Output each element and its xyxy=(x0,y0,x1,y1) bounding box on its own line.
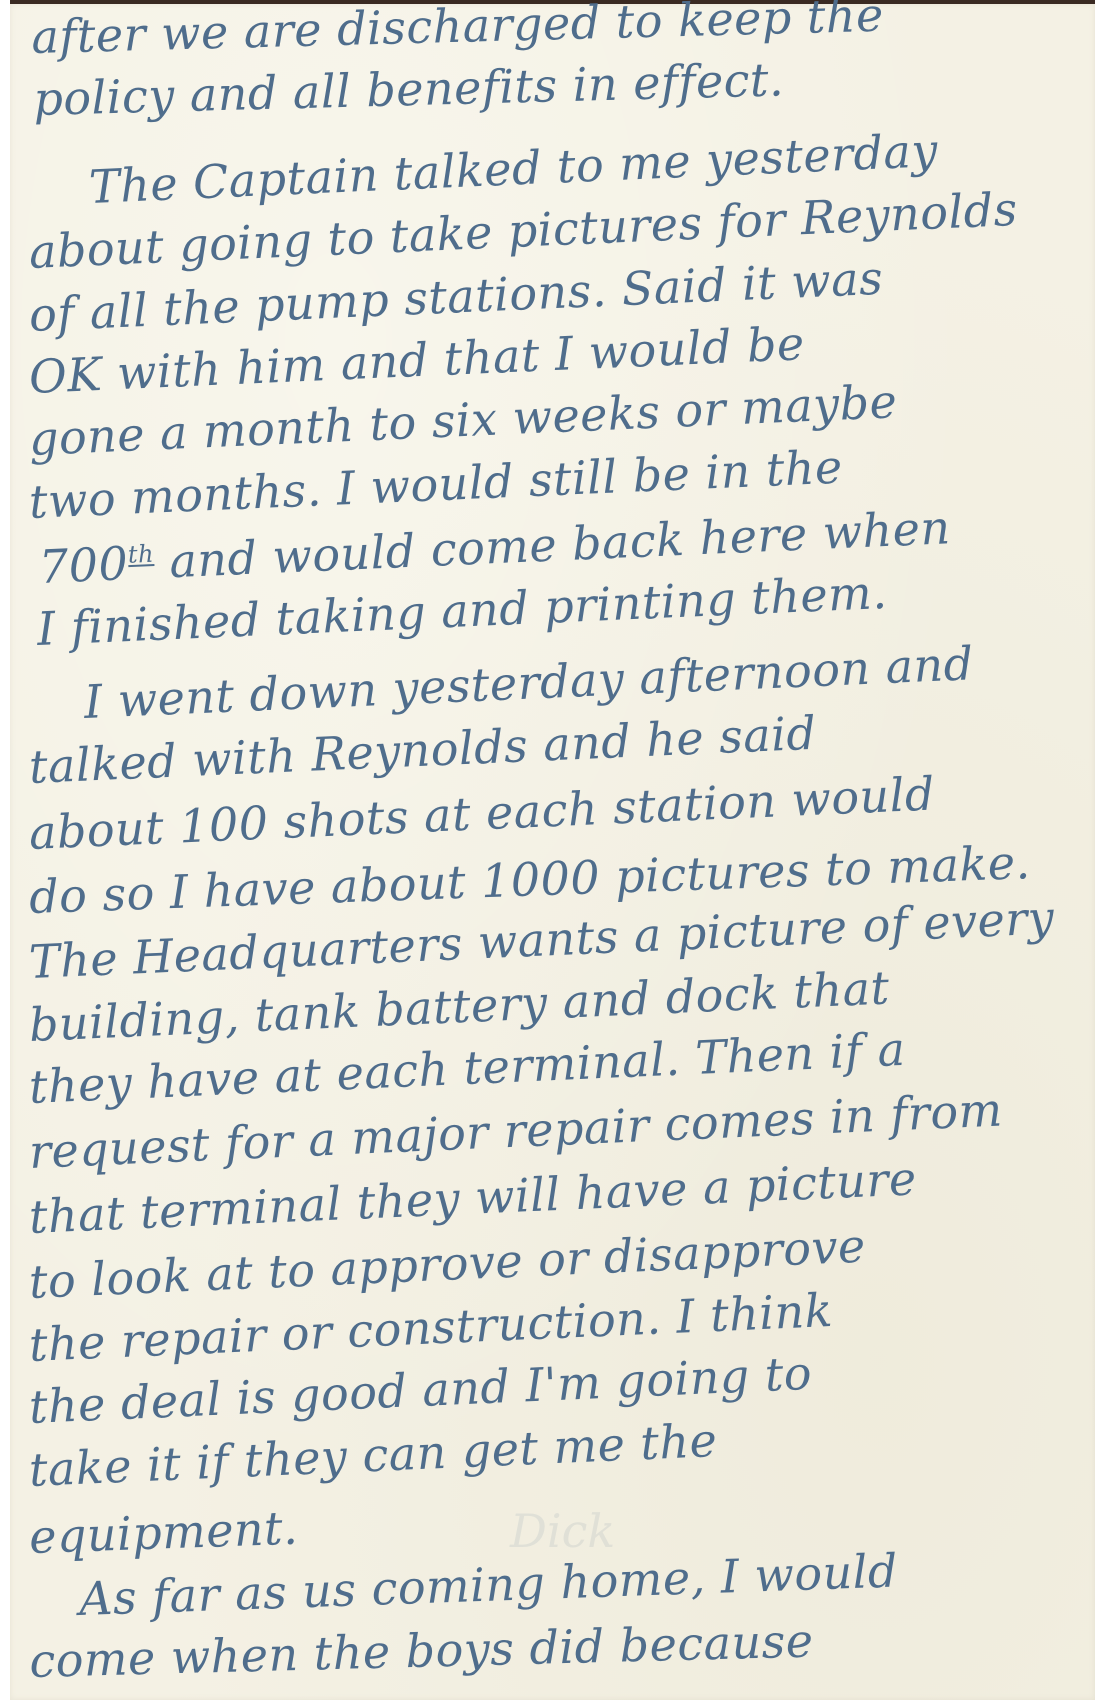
letter-page: Dick after we are discharged to keep the… xyxy=(0,0,1100,1700)
bleed-through-signature: Dick xyxy=(510,1504,615,1558)
letter-line: I went down yesterday afternoon and xyxy=(83,640,974,725)
page-right-margin xyxy=(1095,0,1100,1700)
letter-line: come when the boys did because xyxy=(29,1617,814,1684)
letter-paper: Dick after we are discharged to keep the… xyxy=(10,4,1095,1700)
ordinal-suffix: th xyxy=(127,540,154,569)
letter-line: As far as us coming home, I would xyxy=(78,1547,898,1622)
page-left-margin xyxy=(0,0,10,1700)
line-text: 700 xyxy=(38,536,130,594)
letter-line: policy and all benefits in effect. xyxy=(33,56,785,122)
letter-line: after we are discharged to keep the xyxy=(31,0,884,60)
letter-line: equipment. xyxy=(28,1505,298,1560)
